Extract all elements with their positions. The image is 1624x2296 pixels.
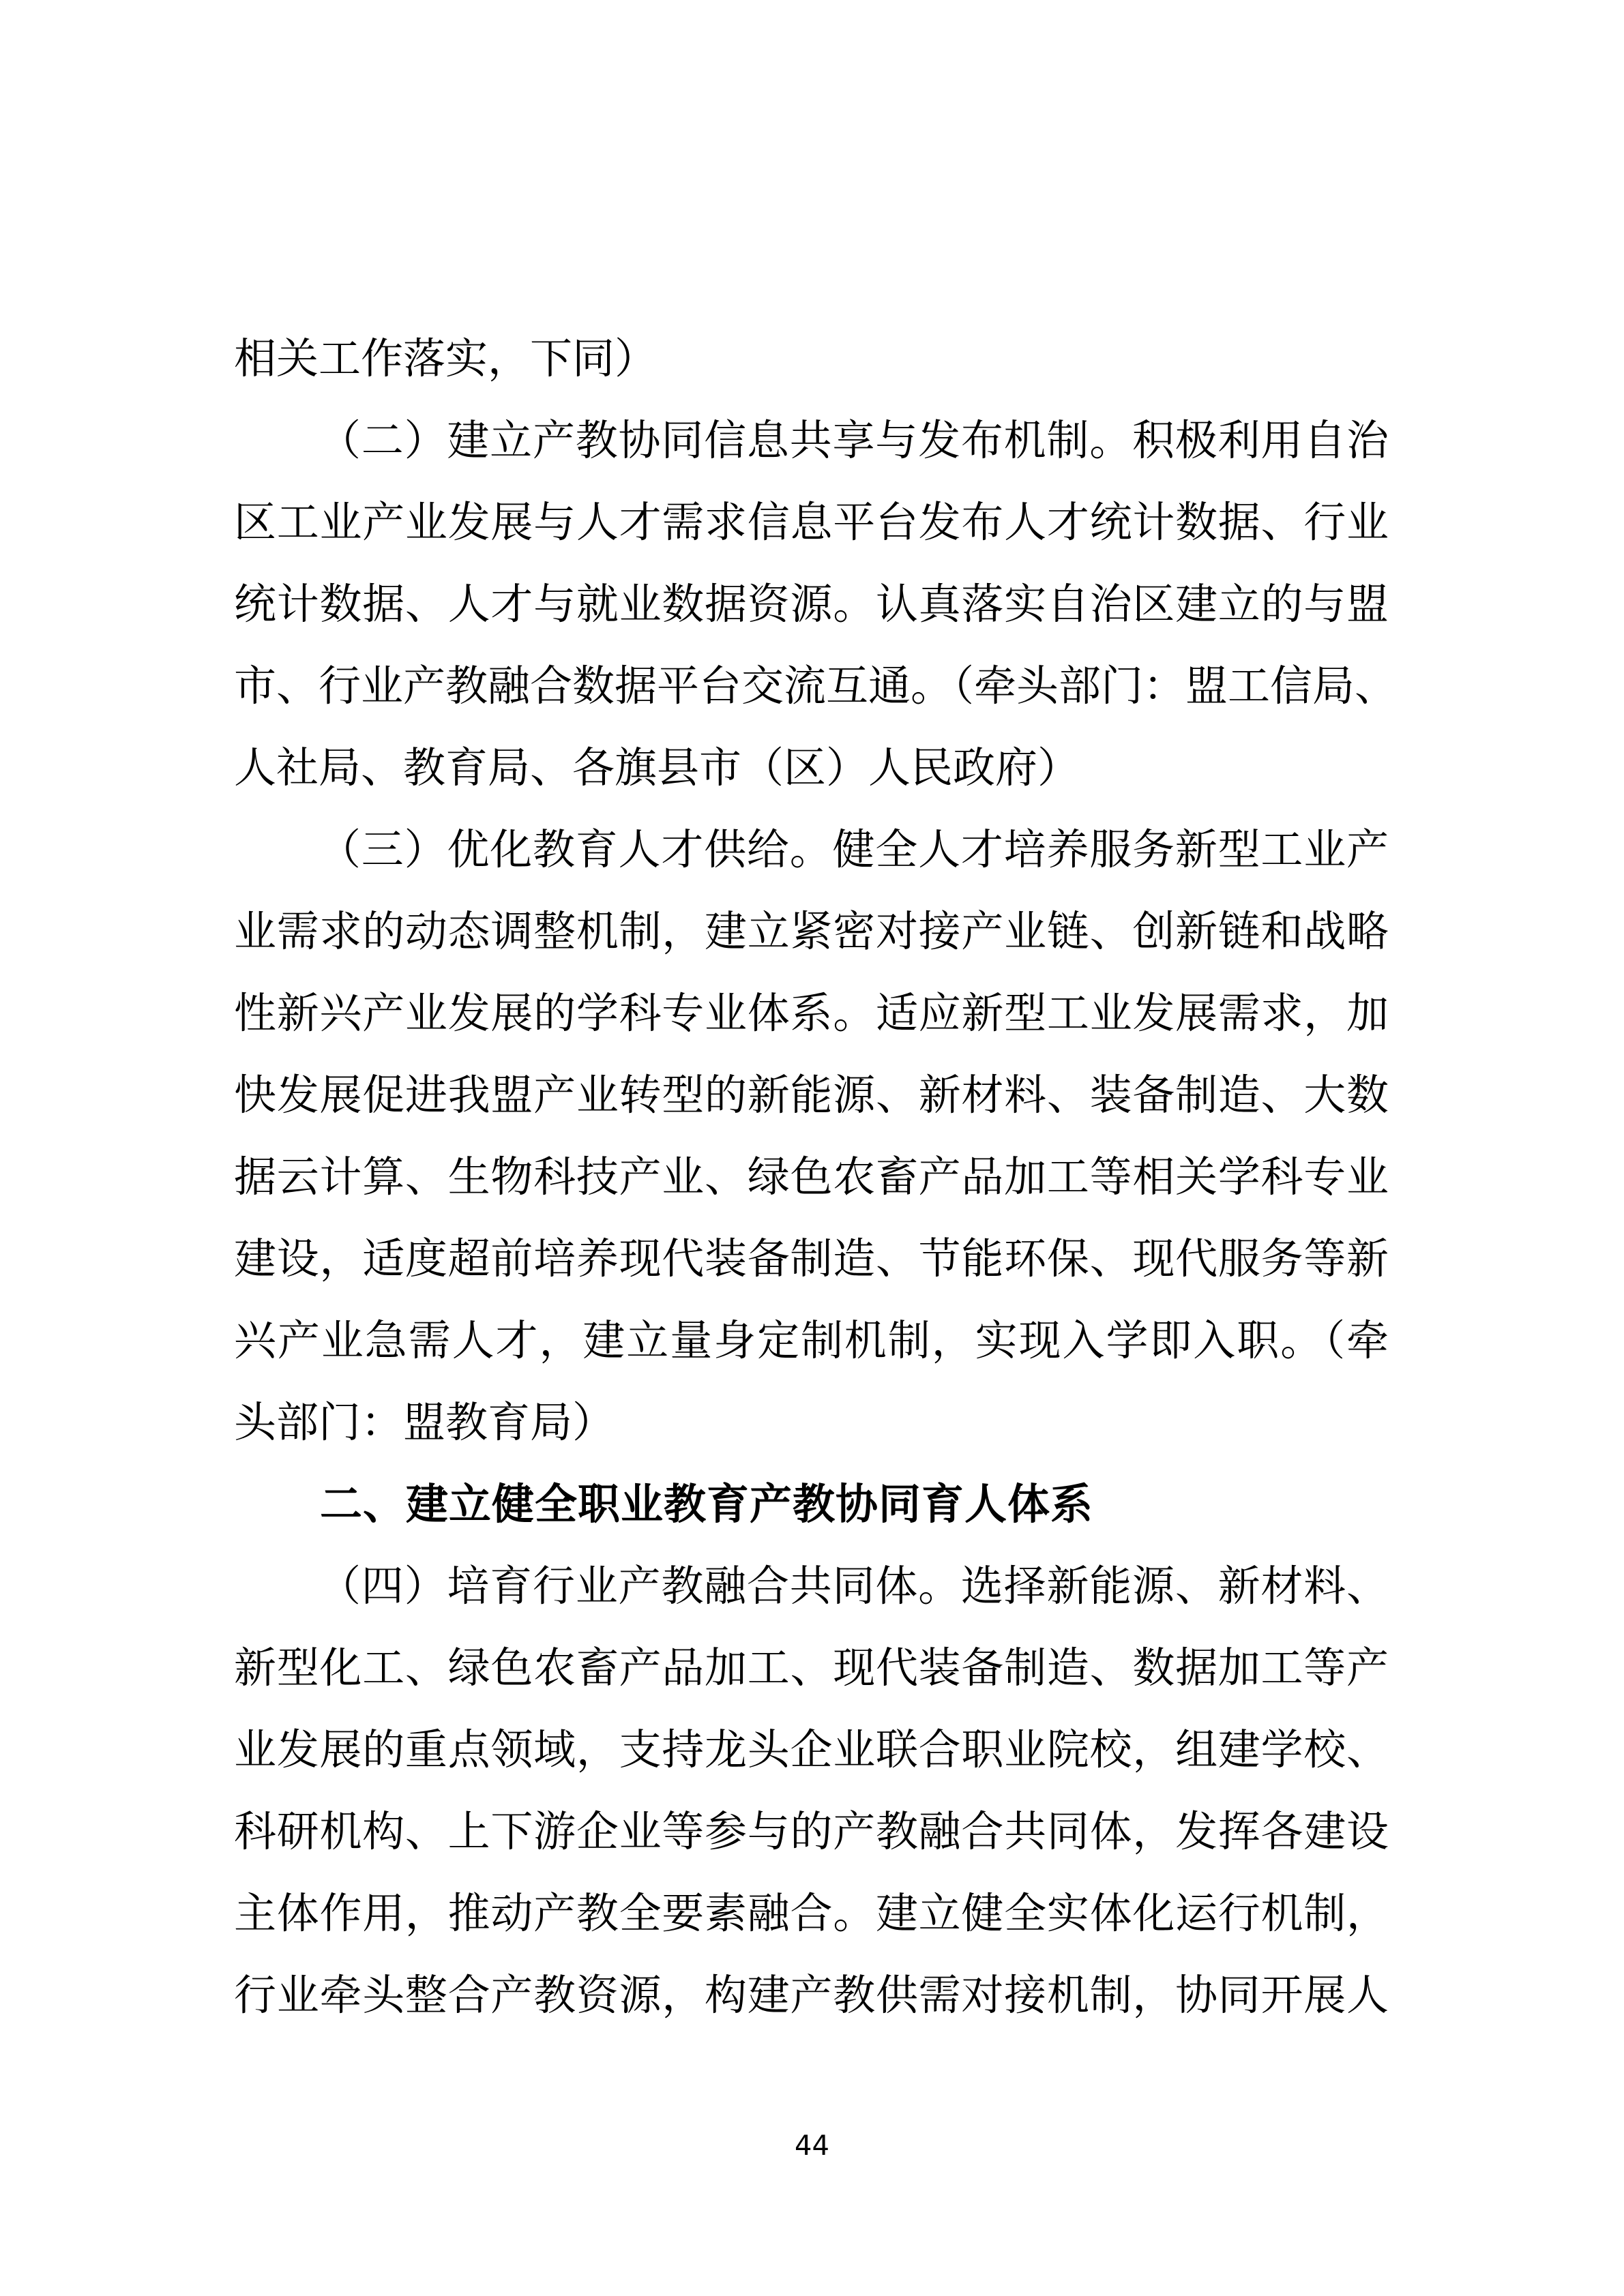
text-line-continuation: 相关工作落实，下同） xyxy=(234,318,1389,400)
text-line: 业发展的重点领域，支持龙头企业联合职业院校，组建学校、 xyxy=(234,1709,1389,1791)
text-line: 建设，适度超前培养现代装备制造、节能环保、现代服务等新 xyxy=(234,1218,1389,1300)
document-page: 相关工作落实，下同） （二）建立产教协同信息共享与发布机制。积极利用自治 区工业… xyxy=(0,0,1624,2296)
text-line: 兴产业急需人才，建立量身定制机制，实现入学即入职。（牵 xyxy=(234,1300,1389,1382)
text-line-section-2-start: （二）建立产教协同信息共享与发布机制。积极利用自治 xyxy=(234,400,1389,481)
text-line: 据云计算、生物科技产业、绿色农畜产品加工等相关学科专业 xyxy=(234,1136,1389,1218)
text-line: 业需求的动态调整机制，建立紧密对接产业链、创新链和战略 xyxy=(234,891,1389,972)
text-line-section-4-start: （四）培育行业产教融合共同体。选择新能源、新材料、 xyxy=(234,1545,1389,1627)
text-line: 区工业产业发展与人才需求信息平台发布人才统计数据、行业 xyxy=(234,481,1389,563)
page-number: 44 xyxy=(0,2129,1624,2163)
text-line: 统计数据、人才与就业数据资源。认真落实自治区建立的与盟 xyxy=(234,563,1389,645)
text-line: 市、行业产教融合数据平台交流互通。（牵头部门：盟工信局、 xyxy=(234,645,1389,727)
text-line: 人社局、教育局、各旗县市（区）人民政府） xyxy=(234,727,1389,809)
text-line: 快发展促进我盟产业转型的新能源、新材料、装备制造、大数 xyxy=(234,1054,1389,1136)
section-heading: 二、建立健全职业教育产教协同育人体系 xyxy=(234,1463,1389,1545)
text-line: 头部门：盟教育局） xyxy=(234,1382,1389,1463)
text-line: 性新兴产业发展的学科专业体系。适应新型工业发展需求，加 xyxy=(234,972,1389,1054)
text-line: 行业牵头整合产教资源，构建产教供需对接机制，协同开展人 xyxy=(234,1954,1389,2036)
text-line: 新型化工、绿色农畜产品加工、现代装备制造、数据加工等产 xyxy=(234,1627,1389,1709)
text-line: 主体作用，推动产教全要素融合。建立健全实体化运行机制， xyxy=(234,1873,1389,1954)
document-body: 相关工作落实，下同） （二）建立产教协同信息共享与发布机制。积极利用自治 区工业… xyxy=(234,318,1389,2036)
text-line: 科研机构、上下游企业等参与的产教融合共同体，发挥各建设 xyxy=(234,1791,1389,1873)
text-line-section-3-start: （三）优化教育人才供给。健全人才培养服务新型工业产 xyxy=(234,809,1389,891)
